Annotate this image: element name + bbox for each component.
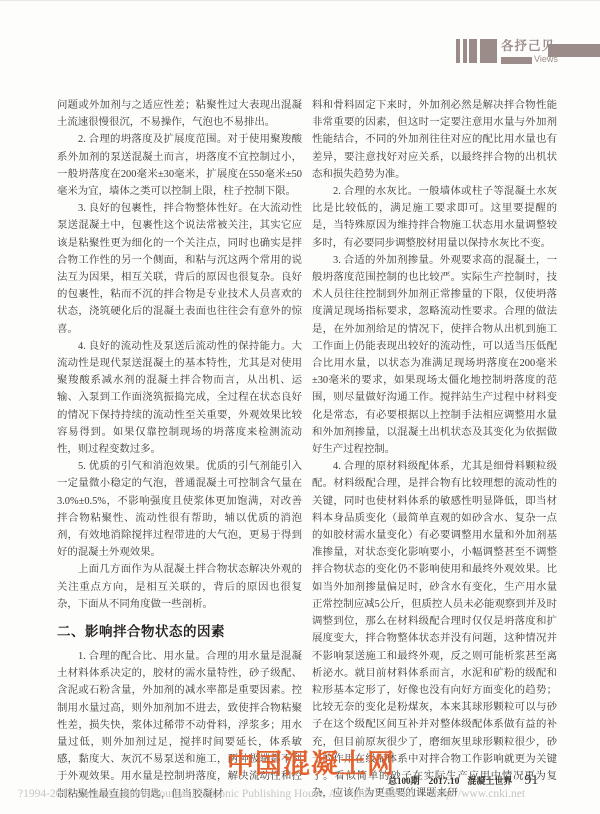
tag-underline-bar	[501, 57, 532, 64]
copyright-line: ?1994-2017 China Academic Journal Electr…	[18, 788, 525, 800]
body-paragraph: 3. 合适的外加剂掺量。外观要求高的混凝土，一般坍落度范围控制的也比较严。实际生…	[312, 252, 557, 458]
journal-name: 混凝土世界	[467, 774, 512, 787]
section-tag-title: 各抒己见	[501, 39, 555, 54]
scan-edge-line	[0, 0, 600, 1]
journal-page: 各抒己见 Views 问题或外加剂与之适应性差；粘聚性过大表现出混凝土流速很慢很…	[0, 0, 600, 814]
issue-date: 2017.10	[429, 777, 460, 787]
journal-info: 总100期 2017.10 混凝土世界 91	[388, 773, 538, 789]
body-paragraph: 上面几方面作为从混凝土拌合物状态解决外观的关注重点方向，是相互关联的，背后的原因…	[57, 561, 302, 613]
section-tag: 各抒己见 Views	[456, 39, 600, 73]
right-column: 料和骨料固定下来时，外加剂必然是解决拌合物性能非常重要的因素，但这时一定要注意用…	[312, 97, 557, 803]
section-heading: 二、影响拌合物状态的因素	[57, 624, 302, 641]
cnki-url: http://www.cnki.net	[434, 788, 525, 800]
left-column: 问题或外加剂与之适应性差；粘聚性过大表现出混凝土流速很慢很沉，不易操作，气泡也不…	[57, 97, 302, 803]
body-paragraph: 问题或外加剂与之适应性差；粘聚性过大表现出混凝土流速很慢很沉，不易操作，气泡也不…	[57, 97, 302, 131]
body-paragraph: 3. 良好的包裹性，拌合物整体性好。在大流动性泵送混凝土中，包裹性这个说法常被关…	[57, 200, 302, 338]
body-paragraph: 2. 合理的坍落度及扩展度范围。对于使用聚羧酸系外加剂的泵送混凝土而言，坍落度不…	[57, 131, 302, 200]
tag-bar-icon	[456, 39, 460, 63]
body-paragraph: 料和骨料固定下来时，外加剂必然是解决拌合物性能非常重要的因素，但这时一定要注意用…	[312, 97, 557, 183]
tag-bar-icon	[463, 39, 467, 63]
site-watermark: 中国混凝土网	[227, 750, 395, 780]
article-body: 问题或外加剂与之适应性差；粘聚性过大表现出混凝土流速很慢很沉，不易操作，气泡也不…	[57, 97, 557, 803]
body-paragraph: 4. 良好的流动性及泵送后流动性的保持能力。大流动性是现代泵送混凝土的基本特性，…	[57, 338, 302, 458]
page-number: 91	[524, 773, 538, 789]
copyright-text: ?1994-2017 China Academic Journal Electr…	[18, 788, 417, 800]
tag-bar-icon	[469, 39, 477, 63]
tag-right-bar	[548, 44, 600, 57]
body-paragraph: 5. 优质的引气和消泡效果。优质的引气剂能引入一定量微小稳定的气泡，普通混凝土可…	[57, 458, 302, 561]
body-paragraph: 2. 合理的水灰比。一般墙体或柱子等混凝土水灰比是比较低的，满足施工要求即可。这…	[312, 183, 557, 252]
tag-block-icon	[480, 39, 497, 63]
